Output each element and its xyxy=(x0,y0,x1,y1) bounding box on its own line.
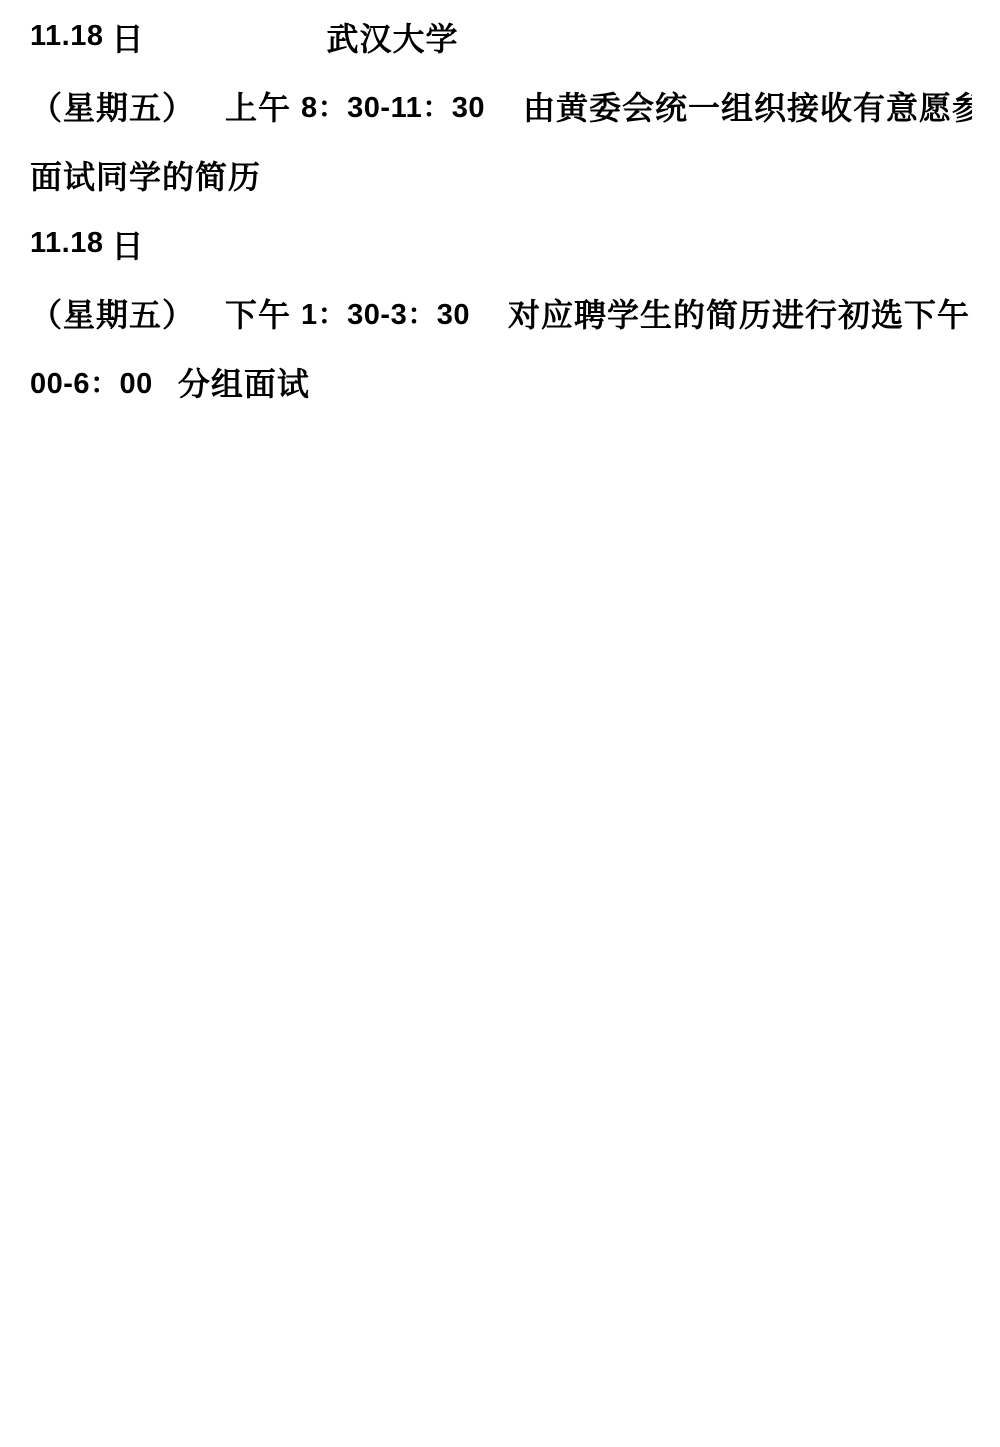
line-4: 11.18 日 xyxy=(30,209,972,278)
weekday-label: （星期五） xyxy=(30,290,195,336)
time-range: 1：30-3：30 xyxy=(301,292,470,333)
line-5: （星期五） 下午 1：30-3：30 对应聘学生的简历进行初选下午 4： xyxy=(30,278,972,347)
line-6: 00-6：00 分组面试 xyxy=(30,347,972,416)
date-suffix: 日 xyxy=(111,221,144,267)
activity-text: 对应聘学生的简历进行初选下午 xyxy=(508,290,970,336)
period-label: 上午 xyxy=(225,83,291,129)
period-label: 下午 xyxy=(225,290,291,336)
line-1: 11.18 日 武汉大学 xyxy=(30,2,972,71)
line-3: 面试同学的简历 xyxy=(30,140,972,209)
activity-text: 由黄委会统一组织接收有意愿参加 xyxy=(523,83,972,129)
activity-text-continued: 面试同学的简历 xyxy=(30,152,261,198)
date-suffix: 日 xyxy=(111,14,144,60)
time-range-continued: 00-6：00 xyxy=(30,361,153,402)
weekday-label: （星期五） xyxy=(30,83,195,129)
date-number: 11.18 xyxy=(30,20,103,53)
university-name: 武汉大学 xyxy=(327,14,459,60)
time-range: 8：30-11：30 xyxy=(301,85,485,126)
activity-text-continued: 分组面试 xyxy=(178,359,310,405)
date-number: 11.18 xyxy=(30,227,103,260)
document-page: 11.18 日 武汉大学 （星期五） 上午 8：30-11：30 由黄委会统一组… xyxy=(0,0,1000,1447)
line-2: （星期五） 上午 8：30-11：30 由黄委会统一组织接收有意愿参加 xyxy=(30,71,972,140)
